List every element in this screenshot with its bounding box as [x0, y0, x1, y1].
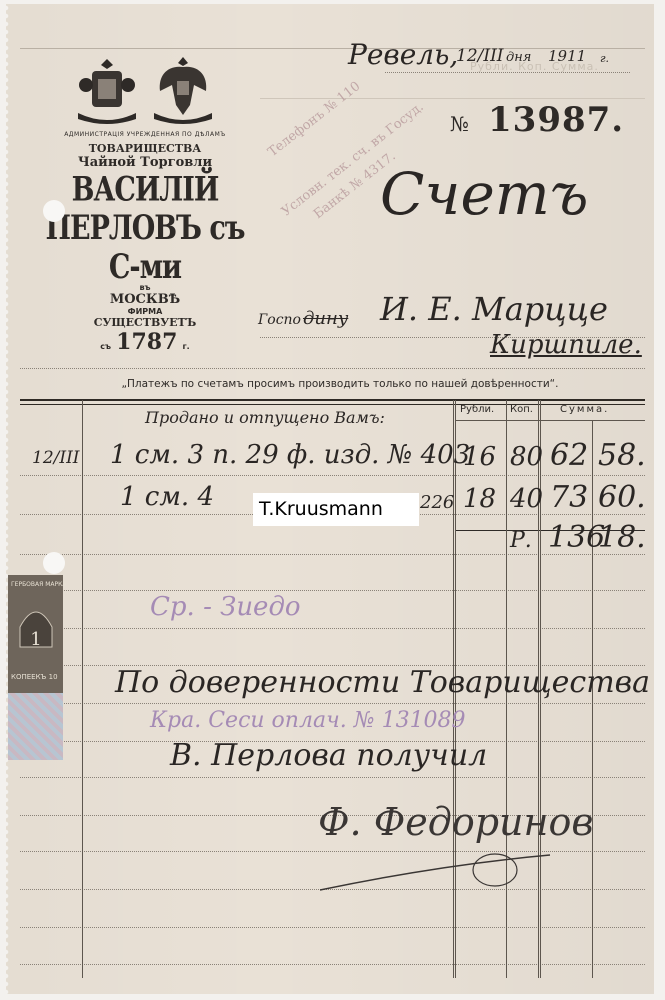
rule-line: [20, 927, 645, 928]
date-line: [385, 72, 630, 73]
received-note: В. Перлова получил: [170, 738, 487, 773]
rule-line: [20, 368, 645, 369]
company-logo: АДМИНИСТРАЦIЯ УЧРЕЖДЕННАЯ ПО ДѢЛАМЪ ТОВА…: [30, 55, 260, 340]
date-year-suffix: г.: [600, 52, 609, 65]
revenue-stamp-lower: [8, 693, 63, 760]
logo-exists: СУЩЕСТВУЕТЪ: [30, 316, 260, 329]
logo-firm: ФИРМА: [30, 307, 260, 316]
description-header: Продано и отпущено Вамъ:: [145, 408, 385, 427]
total-label: Р.: [510, 528, 532, 553]
signature-flourish-icon: [320, 845, 560, 895]
crown-emblem-icon: 1: [16, 597, 56, 657]
logo-year: 1787: [116, 329, 177, 355]
row-sum-rubles: 62: [550, 438, 588, 473]
watermark-label: T.Kruusmann: [253, 493, 419, 526]
invoice-title: Счетъ: [380, 160, 588, 228]
addressee-name: И. Е. Марцце: [380, 290, 608, 328]
revenue-stamp-value: КОПЕЕКЪ 10: [11, 673, 58, 681]
revenue-stamp: ГЕРБОВАЯ МАРКА 1 КОПЕЕКЪ 10: [8, 575, 63, 760]
authorization-note: По доверенности Товарищества: [115, 665, 650, 700]
total-rubles: 136: [548, 520, 605, 555]
row-kopecks: 80: [510, 442, 543, 472]
addressee-struck-suffix: дину: [303, 308, 348, 329]
row-kopecks: 40: [510, 484, 543, 514]
rule-line: [20, 964, 645, 965]
svg-text:1: 1: [30, 629, 41, 650]
row-description: 1 см. 3 п. 29 ф. изд. № 403: [110, 440, 470, 470]
invoice-number-label: №: [450, 112, 469, 136]
logo-city: МОСКВѢ: [30, 292, 260, 307]
rule-line: [260, 98, 645, 99]
perforated-edge: [6, 4, 14, 1000]
logo-company-type: ТОВАРИЩЕСТВА: [30, 142, 260, 155]
header-underline: [455, 420, 645, 421]
logo-since-prefix: съ: [100, 342, 111, 351]
rule-line: [20, 475, 645, 476]
coat-of-arms-icon: [78, 55, 136, 125]
rule-line: [20, 628, 645, 629]
column-kopecks: Коп.: [510, 404, 533, 415]
date-day-label: дня: [506, 50, 531, 65]
table-top-rule: [20, 399, 645, 405]
date-day-month: 12/III: [456, 46, 504, 66]
punch-hole: [43, 200, 65, 222]
column-sum: Сумма.: [560, 404, 609, 415]
rule-line: [20, 777, 645, 778]
row-sum-rubles: 73: [550, 480, 588, 515]
row-date: 12/III: [32, 448, 80, 468]
total-kopecks: 18.: [598, 520, 646, 555]
rule-line: [20, 590, 645, 591]
addressee-location: Киршпиле.: [490, 330, 642, 360]
logo-year-suffix: г.: [182, 342, 189, 351]
logo-trade: Чайной Торговли: [30, 155, 260, 170]
row-rubles: 18: [463, 484, 496, 514]
revenue-stamp-top: ГЕРБОВАЯ МАРКА: [11, 581, 66, 588]
date-column-divider: [82, 400, 83, 978]
addressee-prefix: Госпо: [258, 312, 301, 328]
punch-hole: [43, 552, 65, 574]
double-headed-eagle-icon: [154, 55, 212, 125]
row-description-tail: 226: [420, 492, 454, 513]
payment-notice: „Платежъ по счетамъ просимъ производить …: [80, 378, 600, 390]
row-description: 1 см. 4: [120, 482, 214, 512]
row-sum-kopecks: 60.: [598, 480, 646, 515]
rule-line: [20, 703, 645, 704]
place-city: Ревель,: [348, 38, 458, 71]
row-sum-kopecks: 58.: [598, 438, 646, 473]
invoice-number: 13987.: [488, 100, 624, 140]
pencil-payment-note: Кра. Сеси оплач. № 131089: [150, 708, 466, 733]
signature: Ф. Федоринов: [318, 800, 594, 844]
column-rubles: Рубли.: [460, 404, 494, 415]
pencil-note: Ср. - Зиедо: [150, 592, 301, 622]
logo-administration-text: АДМИНИСТРАЦIЯ УЧРЕЖДЕННАЯ ПО ДѢЛАМЪ: [30, 131, 260, 138]
logo-company-name: ВАСИЛIЙ ПЕРЛОВЪ съ С-ми: [30, 170, 260, 286]
logo-since: съ 1787 г.: [30, 329, 260, 355]
date-year: 1911: [548, 47, 586, 65]
row-rubles: 16: [463, 442, 496, 472]
